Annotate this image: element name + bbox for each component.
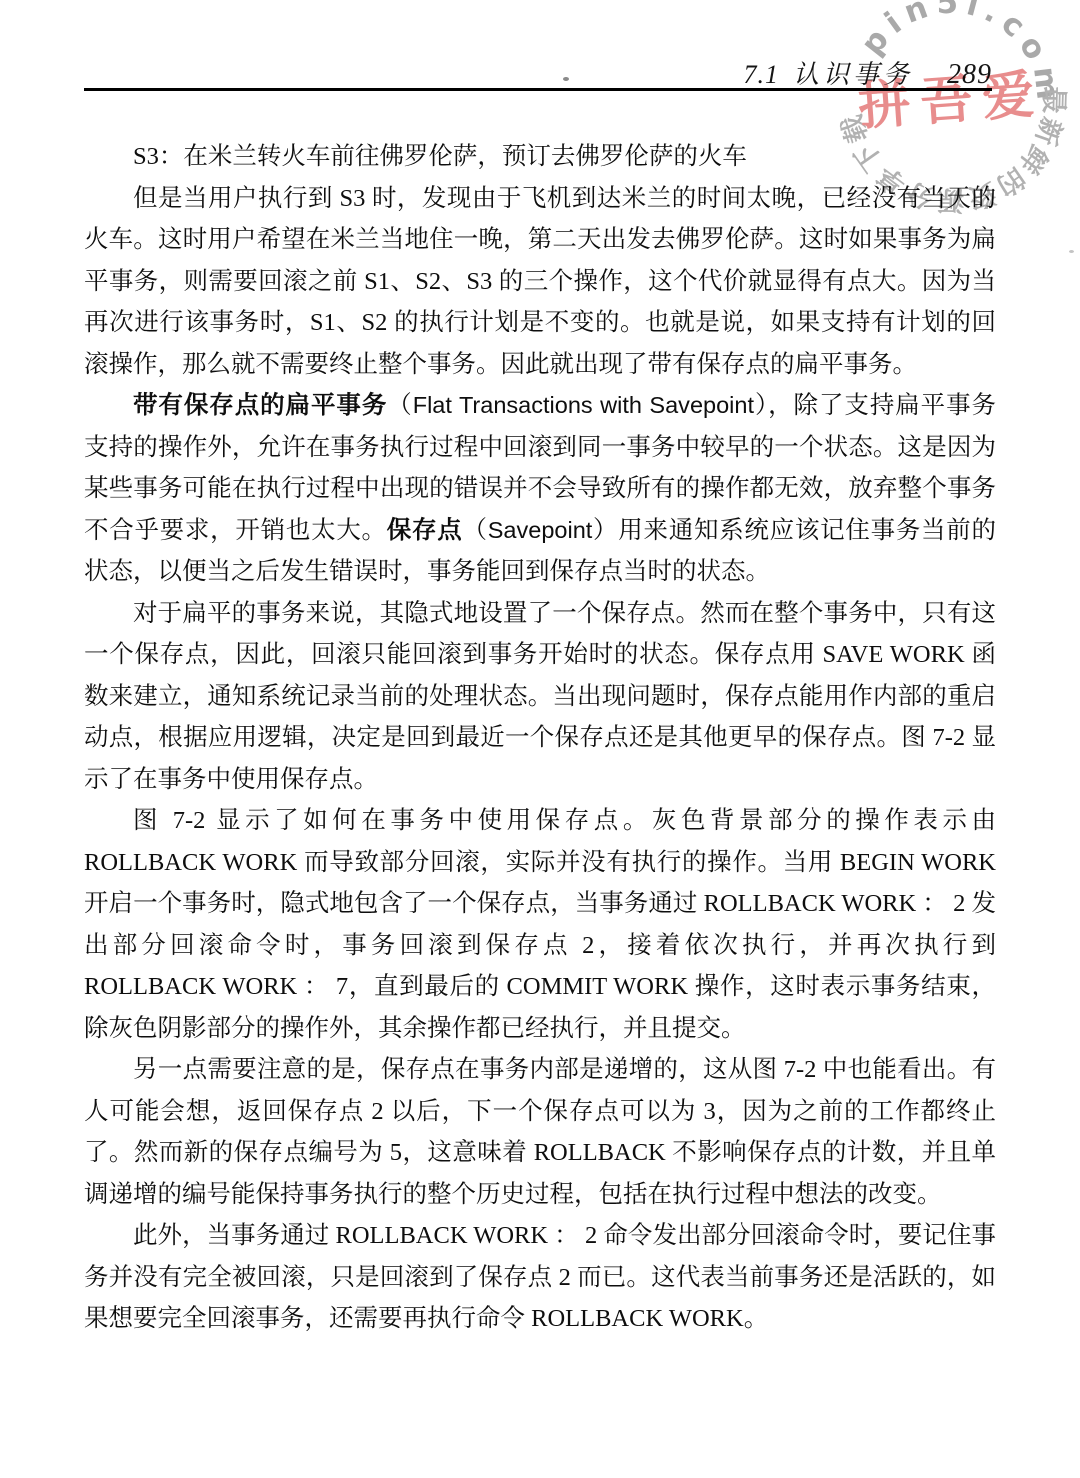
page-header: 7.1认识事务289 xyxy=(84,54,992,91)
paragraph: 图 7-2 显示了如何在事务中使用保存点。灰色背景部分的操作表示由 ROLLBA… xyxy=(84,800,996,1049)
header-rule xyxy=(84,88,992,91)
text-run: 但是当用户执行到 S3 时，发现由于飞机到达米兰的时间太晚，已经没有当天的火车。… xyxy=(84,185,996,378)
paragraph: 对于扁平的事务来说，其隐式地设置了一个保存点。然而在整个事务中，只有这一个保存点… xyxy=(84,593,996,801)
paragraph: 带有保存点的扁平事务（Flat Transactions with Savepo… xyxy=(84,385,996,593)
text-run: （ xyxy=(387,392,412,419)
header-section-number: 7.1 xyxy=(743,60,779,89)
paragraph: 此外，当事务通过 ROLLBACK WORK ： 2 命令发出部分回滚命令时，要… xyxy=(84,1215,996,1340)
text-run-bold: 保存点 xyxy=(387,517,463,544)
text-run: 另一点需要注意的是，保存点在事务内部是递增的，这从图 7-2 中也能看出。有人可… xyxy=(84,1056,996,1208)
header-page-number: 289 xyxy=(947,59,992,90)
text-run: S3：在米兰转火车前往佛罗伦萨，预订去佛罗伦萨的火车 xyxy=(133,143,747,170)
paragraph: S3：在米兰转火车前往佛罗伦萨，预订去佛罗伦萨的火车 xyxy=(84,136,996,178)
text-run: Flat Transactions with Savepoint xyxy=(413,392,754,418)
header-section-title: 认识事务 xyxy=(793,60,913,89)
scan-speck xyxy=(563,77,569,81)
paragraph: 另一点需要注意的是，保存点在事务内部是递增的，这从图 7-2 中也能看出。有人可… xyxy=(84,1049,996,1215)
text-run-bold: 带有保存点的扁平事务 xyxy=(133,392,387,419)
book-page: 7.1认识事务289 S3：在米兰转火车前往佛罗伦萨，预订去佛罗伦萨的火车但是当… xyxy=(0,0,1080,1478)
text-run: （ xyxy=(462,517,487,544)
text-run: 对于扁平的事务来说，其隐式地设置了一个保存点。然而在整个事务中，只有这一个保存点… xyxy=(84,600,996,793)
text-run: Savepoint xyxy=(488,517,593,543)
paragraph: 但是当用户执行到 S3 时，发现由于飞机到达米兰的时间太晚，已经没有当天的火车。… xyxy=(84,178,996,386)
text-run: 此外，当事务通过 ROLLBACK WORK ： 2 命令发出部分回滚命令时，要… xyxy=(84,1222,996,1332)
body-text: S3：在米兰转火车前往佛罗伦萨，预订去佛罗伦萨的火车但是当用户执行到 S3 时，… xyxy=(84,136,996,1340)
text-run: 图 7-2 显示了如何在事务中使用保存点。灰色背景部分的操作表示由 ROLLBA… xyxy=(84,807,996,1042)
scan-speck xyxy=(1069,250,1074,253)
